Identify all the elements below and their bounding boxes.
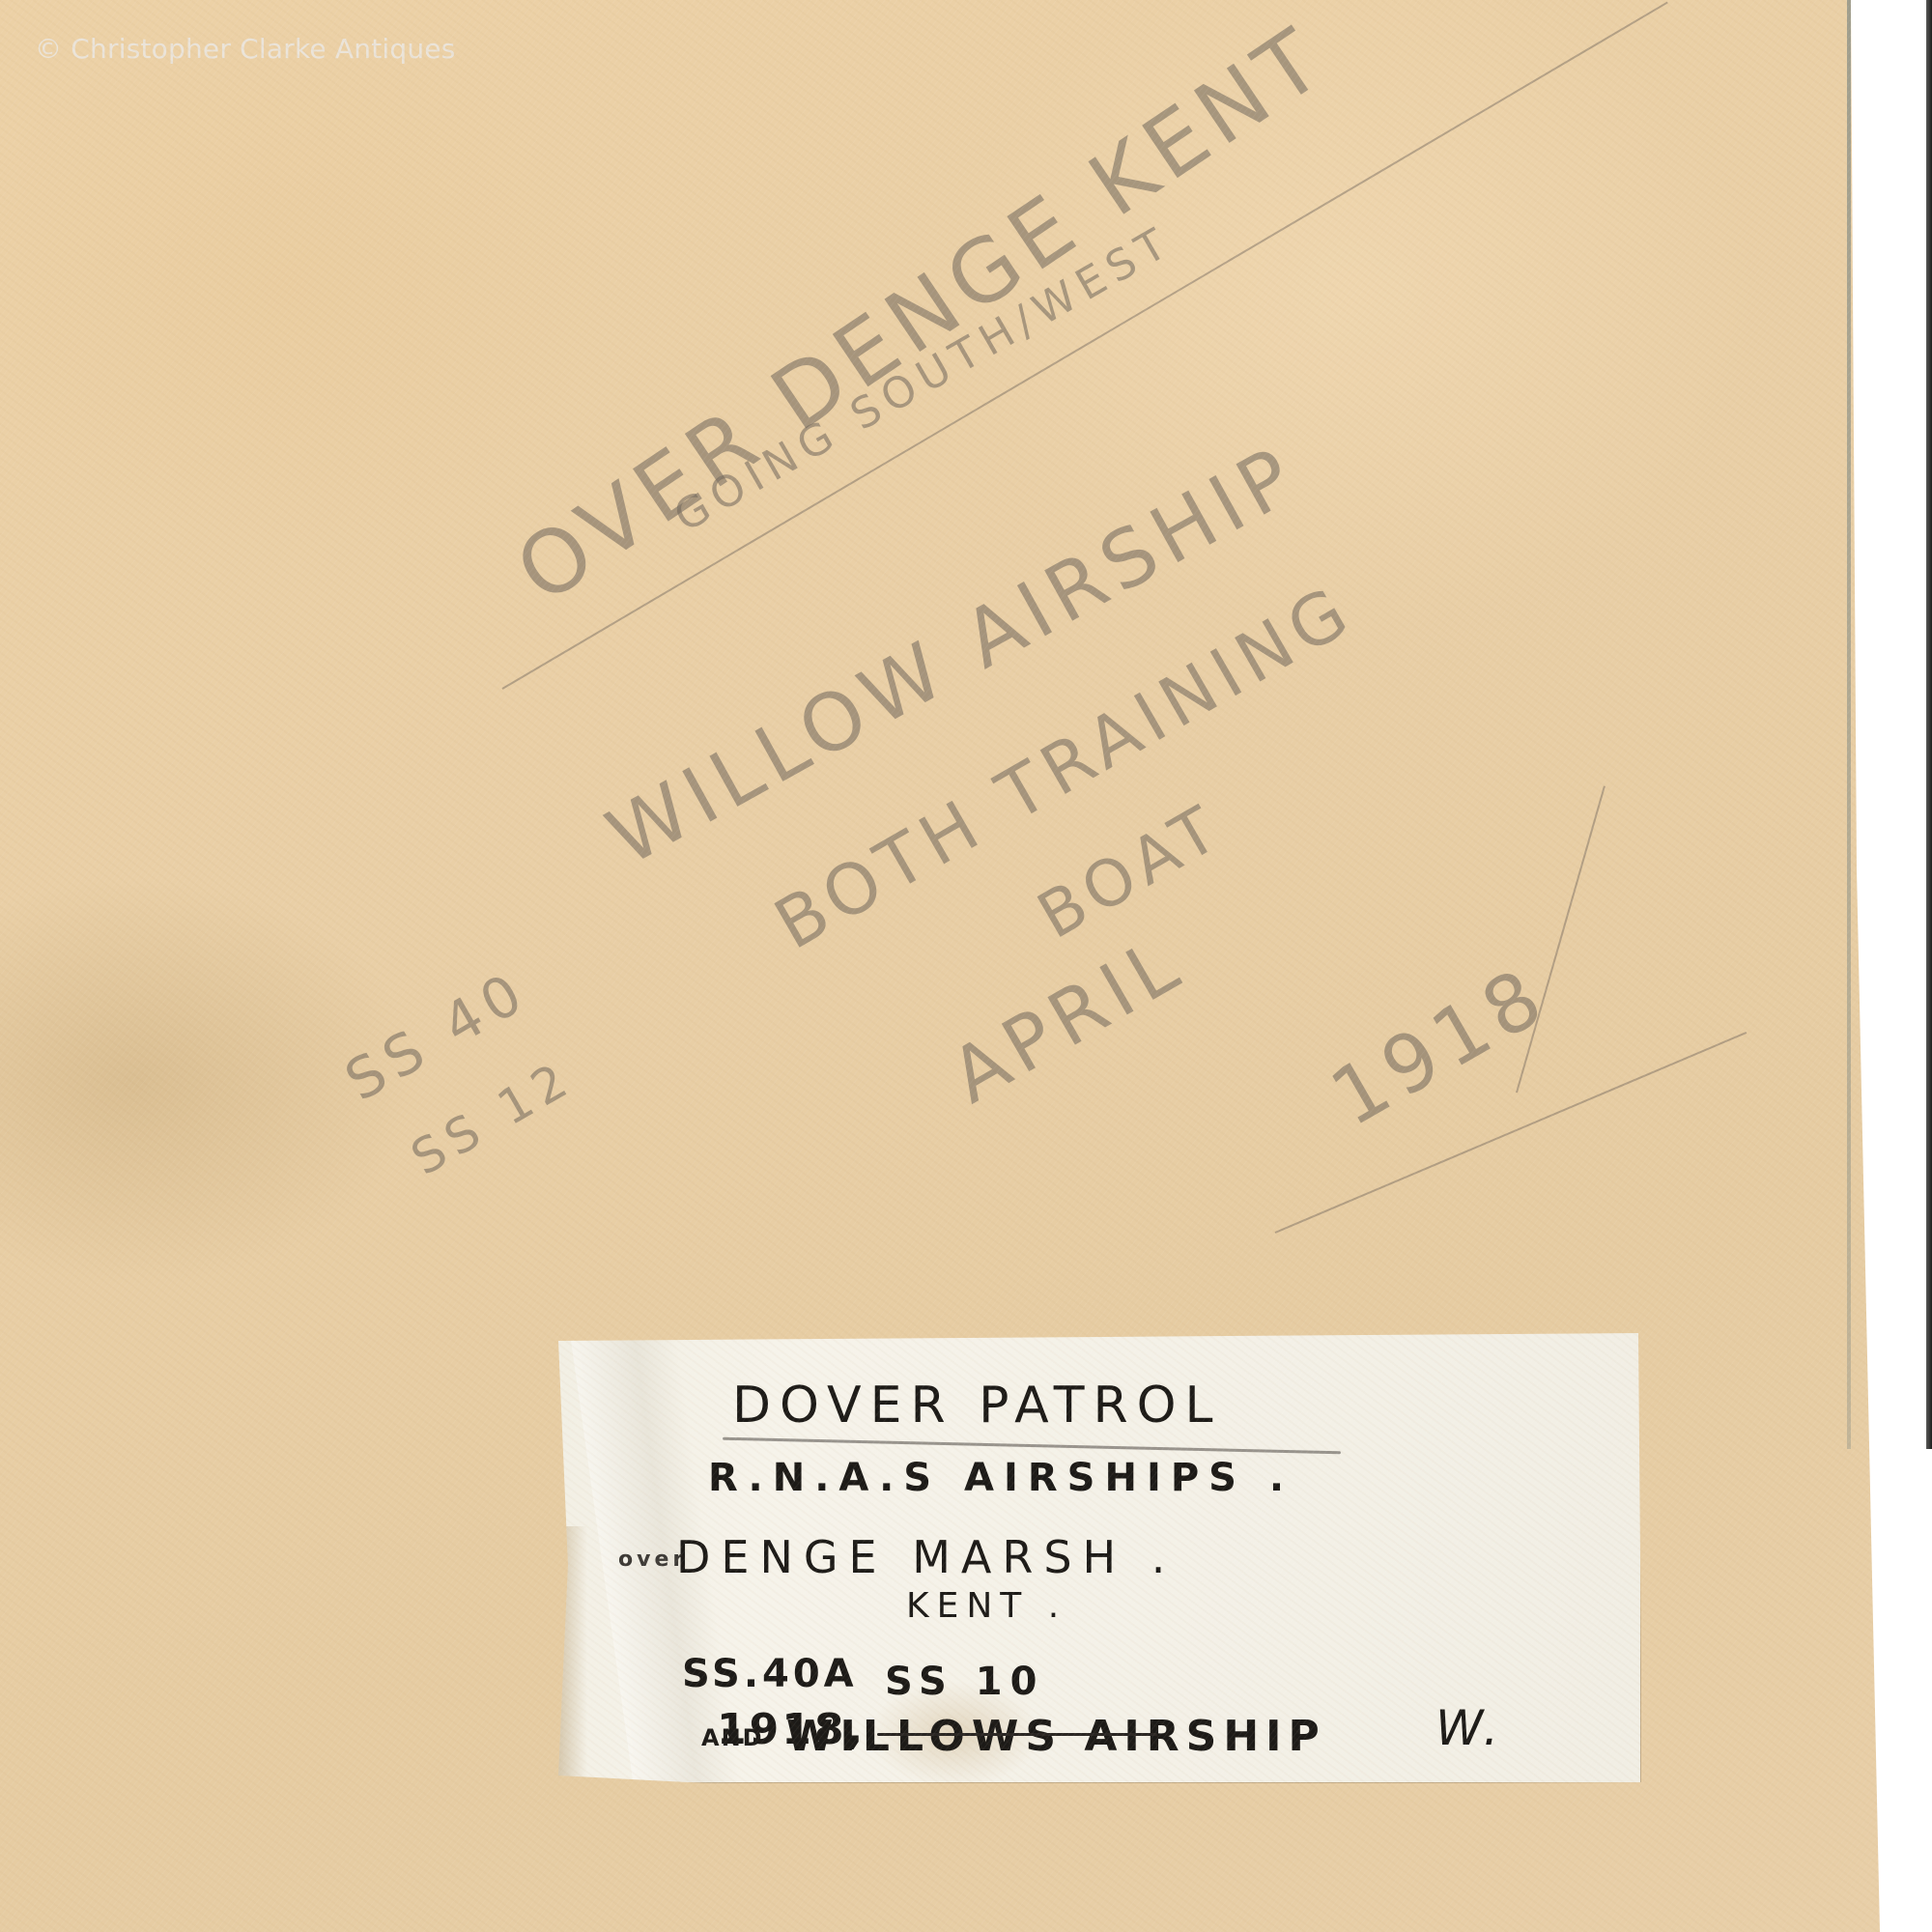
label-stain-left xyxy=(558,1526,587,1777)
label-line-ss10: SS 10 xyxy=(885,1660,1044,1704)
title-underline xyxy=(723,1437,1341,1455)
label-line-denge-marsh: DENGE MARSH . xyxy=(676,1531,1176,1583)
frame-edge xyxy=(1926,0,1932,1449)
signature-rule xyxy=(877,1733,1157,1736)
label-line-rnas-airships: R.N.A.S AIRSHIPS . xyxy=(708,1456,1293,1500)
pencil-slash xyxy=(1516,786,1605,1094)
card-edge xyxy=(1847,0,1851,1449)
watermark: © Christopher Clarke Antiques xyxy=(35,33,455,65)
label-line-willows-airship: WILLOWS AIRSHIP xyxy=(786,1712,1326,1761)
label-line-1918: 1918, xyxy=(717,1705,866,1754)
pencil-line-1918: 1918 xyxy=(1317,949,1564,1145)
label-line-ss40a: SS.40A xyxy=(682,1652,858,1696)
label-title: DOVER PATROL xyxy=(732,1377,1222,1435)
card-back: © Christopher Clarke Antiques OVER DENGE… xyxy=(0,0,1932,1932)
label-line-kent: KENT . xyxy=(906,1586,1066,1626)
handwritten-label: DOVER PATROL R.N.A.S AIRSHIPS . over DEN… xyxy=(558,1333,1640,1782)
label-signature: W. xyxy=(1435,1700,1502,1756)
